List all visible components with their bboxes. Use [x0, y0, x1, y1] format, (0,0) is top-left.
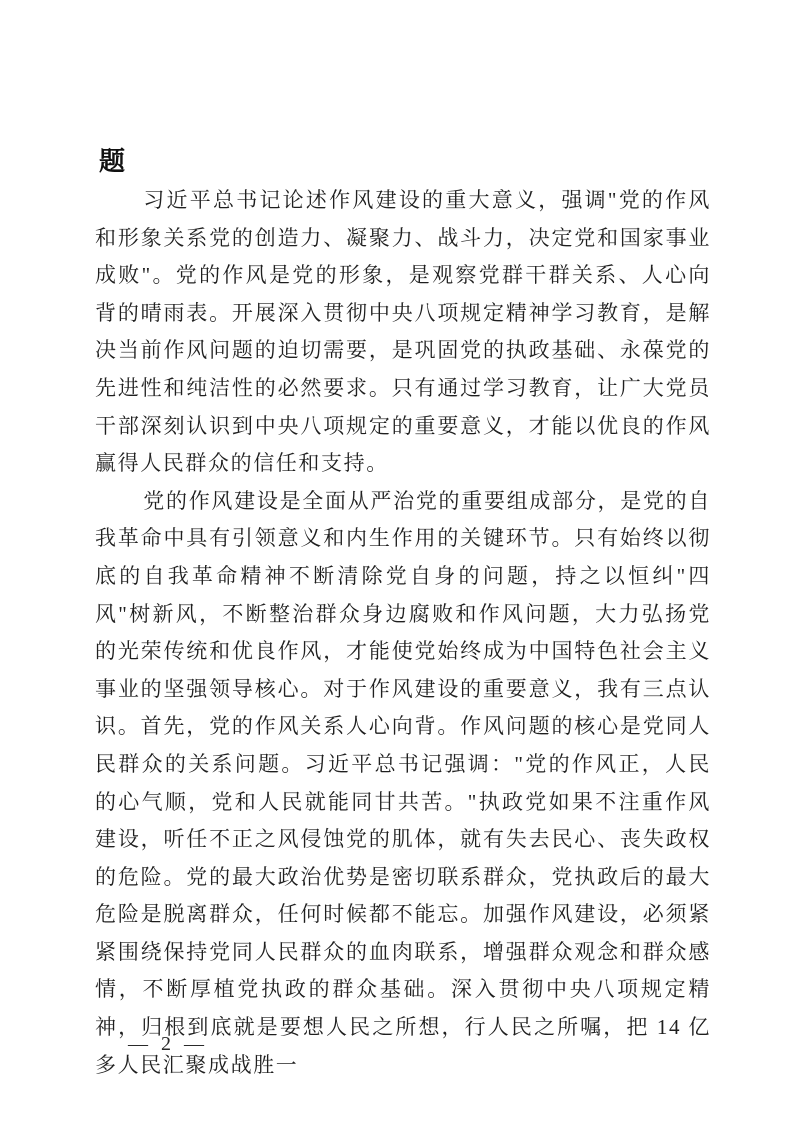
section-heading: 题 [99, 142, 711, 182]
paragraph-2: 党的作风建设是全面从严治党的重要组成部分，是党的自我革命中具有引领意义和内生作用… [95, 483, 711, 1085]
page-number: — 2 — [128, 1033, 208, 1056]
document-body: 题 习近平总书记论述作风建设的重大意义，强调"党的作风和形象关系党的创造力、凝聚… [95, 142, 711, 1084]
document-page: 题 习近平总书记论述作风建设的重大意义，强调"党的作风和形象关系党的创造力、凝聚… [0, 0, 793, 1122]
paragraph-1: 习近平总书记论述作风建设的重大意义，强调"党的作风和形象关系党的创造力、凝聚力、… [95, 182, 711, 483]
